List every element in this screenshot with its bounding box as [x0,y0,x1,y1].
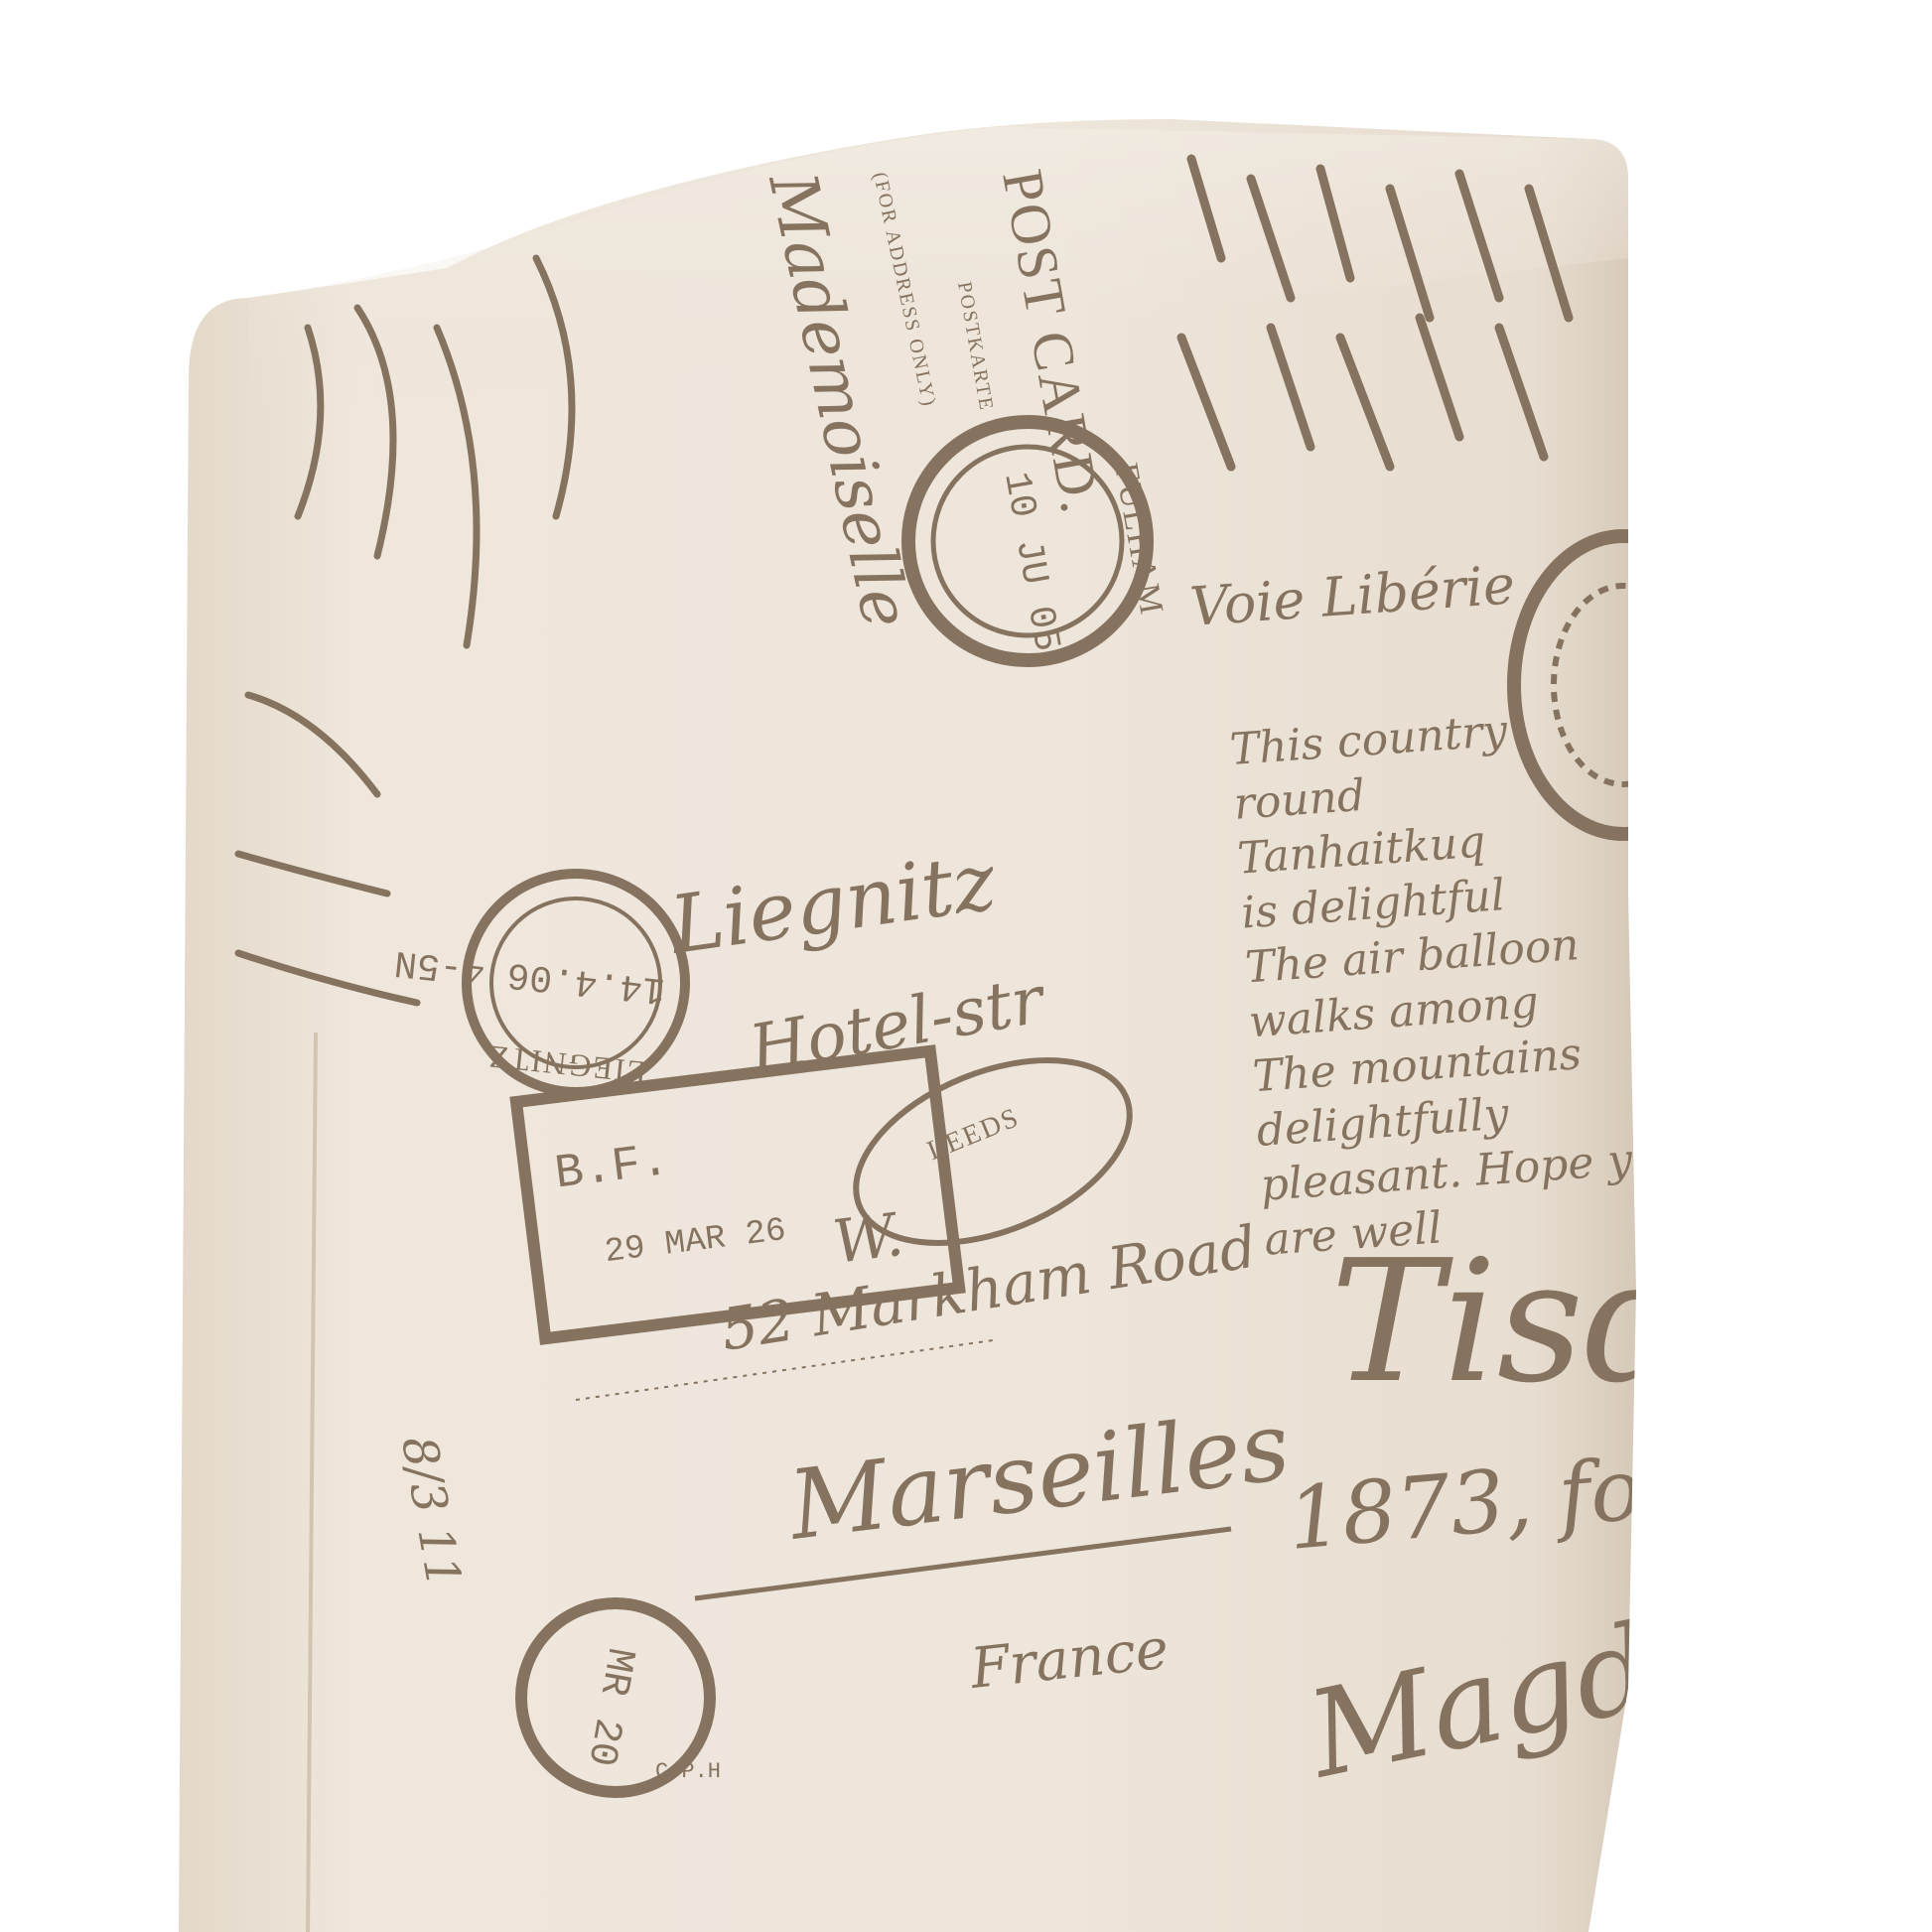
word-tisd: Tisd [1330,1224,1692,1421]
svg-text:C P.H: C P.H [655,1759,721,1784]
svg-text:round: round [1232,770,1367,830]
chair-back-photo: POST CARD. POSTKARTE (FOR ADDRESS ONLY) … [0,0,1932,1932]
